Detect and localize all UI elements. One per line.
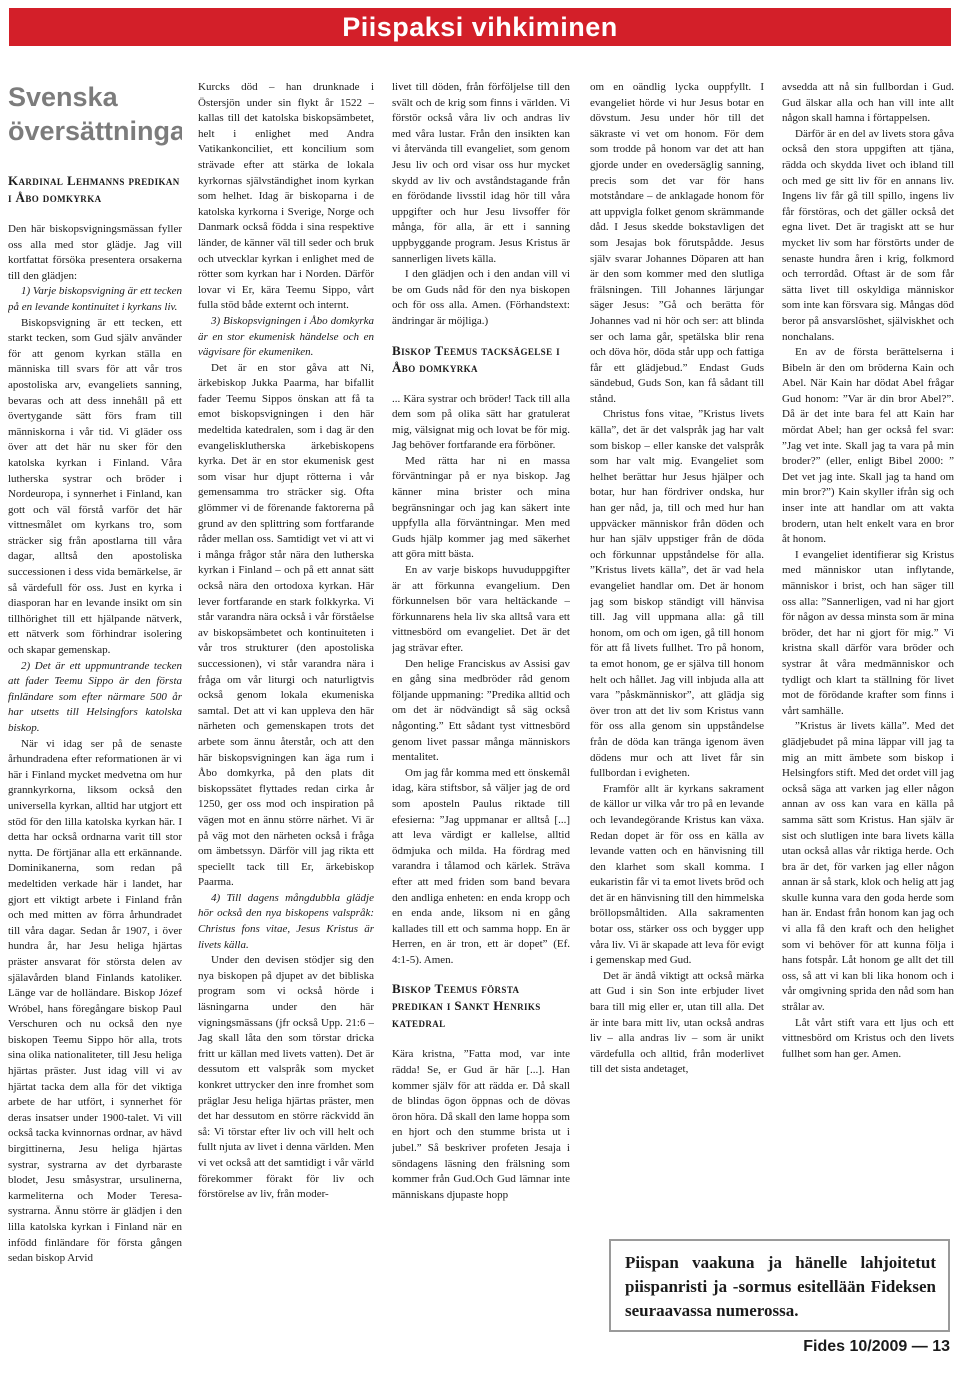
paragraph: En av varje biskops huvuduppgifter är at… <box>392 563 570 657</box>
page-banner: Piispaksi vihkiminen <box>9 8 951 46</box>
page-footer: Fides 10/2009 — 13 <box>650 1338 950 1356</box>
text-column-5: avsedda att nå sin fullbordan i Gud. Gud… <box>782 80 954 1336</box>
paragraph: Det är en stor gåva att Ni, ärkebiskop J… <box>198 361 374 891</box>
info-box-text: Piispan vaakuna ja hänelle lahjoitetut p… <box>625 1251 936 1323</box>
section-heading-teemu-first-sermon: Biskop Teemus första predikan i Sankt He… <box>392 980 570 1031</box>
paragraph: Kurcks död – han drunknade i Östersjön u… <box>198 80 374 314</box>
paragraph: Därför är en del av livets stora gåva oc… <box>782 127 954 345</box>
paragraph: I den glädjen och i den andan vill vi be… <box>392 267 570 329</box>
info-box: Piispan vaakuna ja hänelle lahjoitetut p… <box>609 1239 950 1332</box>
paragraph: Under den devisen stödjer sig den nya bi… <box>198 953 374 1203</box>
column-heading-swedish-translations: Svenska översättningar <box>8 80 182 148</box>
text-column-1: Svenska översättningarKardinal Lehmanns … <box>8 80 182 1336</box>
numbered-point-paragraph: 1) Varje biskopsvigning är ett tecken på… <box>8 284 182 315</box>
paragraph: När vi idag ser på de senaste århundrade… <box>8 737 182 1267</box>
numbered-point-paragraph: 2) Det är ett uppmuntrande tecken att fa… <box>8 659 182 737</box>
page-banner-title: Piispaksi vihkiminen <box>342 12 618 43</box>
section-heading-teemu-thanksgiving: Biskop Teemus tacksägelse i Åbo domkyrka <box>392 342 570 376</box>
numbered-point-paragraph: 3) Biskopsvigningen i Åbo domkyrka är en… <box>198 314 374 361</box>
paragraph: Den här biskopsvigningsmässan fyller oss… <box>8 222 182 284</box>
paragraph: avsedda att nå sin fullbordan i Gud. Gud… <box>782 80 954 127</box>
numbered-point-paragraph: 4) Till dagens mångdubbla glädje hör ock… <box>198 891 374 953</box>
text-column-2: Kurcks död – han drunknade i Östersjön u… <box>198 80 374 1336</box>
text-column-3: livet till döden, från förföljelse till … <box>392 80 570 1336</box>
paragraph: ”Kristus är livets källa”. Med det glädj… <box>782 719 954 1015</box>
paragraph: Låt vårt stift vara ett ljus och ett vit… <box>782 1016 954 1063</box>
paragraph: Kära kristna, ”Fatta mod, var inte rädda… <box>392 1047 570 1203</box>
paragraph: Med rätta har ni en massa förväntningar … <box>392 454 570 563</box>
paragraph: om en oändlig lycka ouppfyllt. I evangel… <box>590 80 764 407</box>
magazine-page: Piispaksi vihkiminen Svenska översättnin… <box>0 0 960 1380</box>
paragraph: En av de första berättelserna i Bibeln ä… <box>782 345 954 548</box>
paragraph: Christus fons vitae, ”Kristus livets käl… <box>590 407 764 781</box>
section-heading-lehmann-sermon: Kardinal Lehmanns predikan i Åbo domkyrk… <box>8 172 182 206</box>
page-number: Fides 10/2009 — 13 <box>803 1338 950 1355</box>
paragraph: livet till döden, från förföljelse till … <box>392 80 570 267</box>
text-column-4: om en oändlig lycka ouppfyllt. I evangel… <box>590 80 764 1336</box>
paragraph: Den helige Franciskus av Assisi gav en g… <box>392 657 570 766</box>
paragraph: Framför allt är kyrkans sakrament de käl… <box>590 782 764 969</box>
paragraph: ... Kära systrar och bröder! Tack till a… <box>392 392 570 454</box>
paragraph: Det är ändå viktigt att också märka att … <box>590 969 764 1078</box>
paragraph: Om jag får komma med ett önskemål idag, … <box>392 766 570 969</box>
paragraph: I evangeliet identifierar sig Kristus me… <box>782 548 954 720</box>
paragraph: Biskopsvigning är ett tecken, ett starkt… <box>8 316 182 659</box>
